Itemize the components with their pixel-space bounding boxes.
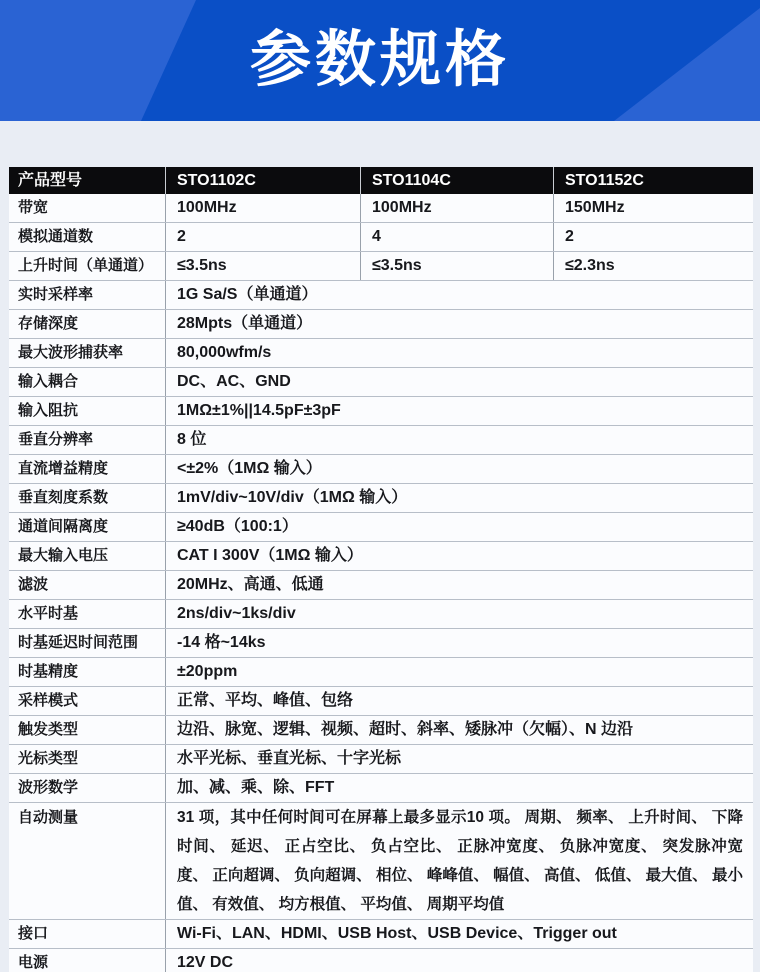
spec-row: 输入阻抗1MΩ±1%||14.5pF±3pF [9,397,753,426]
row-value: -14 格~14ks [165,629,753,657]
row-value: <±2%（1MΩ 输入） [165,455,753,483]
model-spec-row: 带宽100MHz100MHz150MHz [9,194,753,223]
row-label: 时基精度 [9,658,165,686]
page: 参数规格 产品型号 STO1102C STO1104C STO1152C 带宽1… [0,0,760,972]
row-label: 自动测量 [9,803,165,919]
row-value: 正常、平均、峰值、包络 [165,687,753,715]
row-value: 边沿、脉宽、逻辑、视频、超时、斜率、矮脉冲（欠幅）、N 边沿 [165,716,753,744]
row-value: 2 [165,223,360,251]
spec-row: 最大波形捕获率80,000wfm/s [9,339,753,368]
row-label: 最大波形捕获率 [9,339,165,367]
table-header-row: 产品型号 STO1102C STO1104C STO1152C [9,167,753,194]
row-label: 垂直分辨率 [9,426,165,454]
row-value: 8 位 [165,426,753,454]
row-value: 100MHz [165,194,360,222]
row-label: 通道间隔离度 [9,513,165,541]
row-value: CAT I 300V（1MΩ 输入） [165,542,753,570]
row-value: 20MHz、高通、低通 [165,571,753,599]
spec-row: 时基延迟时间范围-14 格~14ks [9,629,753,658]
spec-row: 直流增益精度<±2%（1MΩ 输入） [9,455,753,484]
row-value: ≤3.5ns [360,252,553,280]
header-model-sto1152c: STO1152C [553,167,753,194]
row-label: 光标类型 [9,745,165,773]
row-value: 12V DC [165,949,753,972]
row-label: 滤波 [9,571,165,599]
spec-row: 垂直分辨率8 位 [9,426,753,455]
row-value: ≤3.5ns [165,252,360,280]
row-label: 触发类型 [9,716,165,744]
spec-row: 实时采样率1G Sa/S（单通道） [9,281,753,310]
row-value: ±20ppm [165,658,753,686]
spec-row: 存储深度28Mpts（单通道） [9,310,753,339]
row-label: 波形数学 [9,774,165,802]
header-model-sto1104c: STO1104C [360,167,553,194]
spec-row: 输入耦合DC、AC、GND [9,368,753,397]
spec-row: 最大输入电压CAT I 300V（1MΩ 输入） [9,542,753,571]
row-label: 模拟通道数 [9,223,165,251]
spec-table: 产品型号 STO1102C STO1104C STO1152C 带宽100MHz… [9,167,753,972]
spec-row: 水平时基2ns/div~1ks/div [9,600,753,629]
model-rows-group: 带宽100MHz100MHz150MHz模拟通道数242上升时间（单通道）≤3.… [9,194,753,281]
header-product-model-label: 产品型号 [9,167,165,194]
row-label: 时基延迟时间范围 [9,629,165,657]
row-value: DC、AC、GND [165,368,753,396]
row-value: 80,000wfm/s [165,339,753,367]
row-value: 31 项，其中任何时间可在屏幕上最多显示10 项。 周期、 频率、 上升时间、 … [165,803,753,919]
row-value: 水平光标、垂直光标、十字光标 [165,745,753,773]
row-label: 带宽 [9,194,165,222]
spec-row: 光标类型水平光标、垂直光标、十字光标 [9,745,753,774]
row-label: 水平时基 [9,600,165,628]
spec-row: 波形数学加、减、乘、除、FFT [9,774,753,803]
row-label: 采样模式 [9,687,165,715]
row-label: 垂直刻度系数 [9,484,165,512]
row-value: ≥40dB（100:1） [165,513,753,541]
spec-row: 触发类型边沿、脉宽、逻辑、视频、超时、斜率、矮脉冲（欠幅）、N 边沿 [9,716,753,745]
row-value: 150MHz [553,194,753,222]
spec-row: 自动测量31 项，其中任何时间可在屏幕上最多显示10 项。 周期、 频率、 上升… [9,803,753,920]
model-spec-row: 模拟通道数242 [9,223,753,252]
model-spec-row: 上升时间（单通道）≤3.5ns≤3.5ns≤2.3ns [9,252,753,281]
row-value: 加、减、乘、除、FFT [165,774,753,802]
row-label: 直流增益精度 [9,455,165,483]
row-value: 1G Sa/S（单通道） [165,281,753,309]
spec-row: 滤波20MHz、高通、低通 [9,571,753,600]
row-value: Wi-Fi、LAN、HDMI、USB Host、USB Device、Trigg… [165,920,753,948]
row-value: 1mV/div~10V/div（1MΩ 输入） [165,484,753,512]
row-label: 输入耦合 [9,368,165,396]
row-value: 2 [553,223,753,251]
spec-row: 接口Wi-Fi、LAN、HDMI、USB Host、USB Device、Tri… [9,920,753,949]
row-value: 28Mpts（单通道） [165,310,753,338]
row-label: 接口 [9,920,165,948]
row-label: 存储深度 [9,310,165,338]
header-model-sto1102c: STO1102C [165,167,360,194]
row-value: 4 [360,223,553,251]
row-value: ≤2.3ns [553,252,753,280]
row-value: 2ns/div~1ks/div [165,600,753,628]
spec-row: 电源12V DC [9,949,753,972]
spec-row: 时基精度±20ppm [9,658,753,687]
spec-row: 通道间隔离度≥40dB（100:1） [9,513,753,542]
row-value: 100MHz [360,194,553,222]
page-title: 参数规格 [0,0,760,121]
row-label: 最大输入电压 [9,542,165,570]
spec-rows-group: 实时采样率1G Sa/S（单通道）存储深度28Mpts（单通道）最大波形捕获率8… [9,281,753,972]
spec-row: 采样模式正常、平均、峰值、包络 [9,687,753,716]
row-label: 输入阻抗 [9,397,165,425]
spec-row: 垂直刻度系数1mV/div~10V/div（1MΩ 输入） [9,484,753,513]
row-label: 实时采样率 [9,281,165,309]
banner: 参数规格 [0,0,760,121]
row-value: 1MΩ±1%||14.5pF±3pF [165,397,753,425]
row-label: 上升时间（单通道） [9,252,165,280]
row-label: 电源 [9,949,165,972]
